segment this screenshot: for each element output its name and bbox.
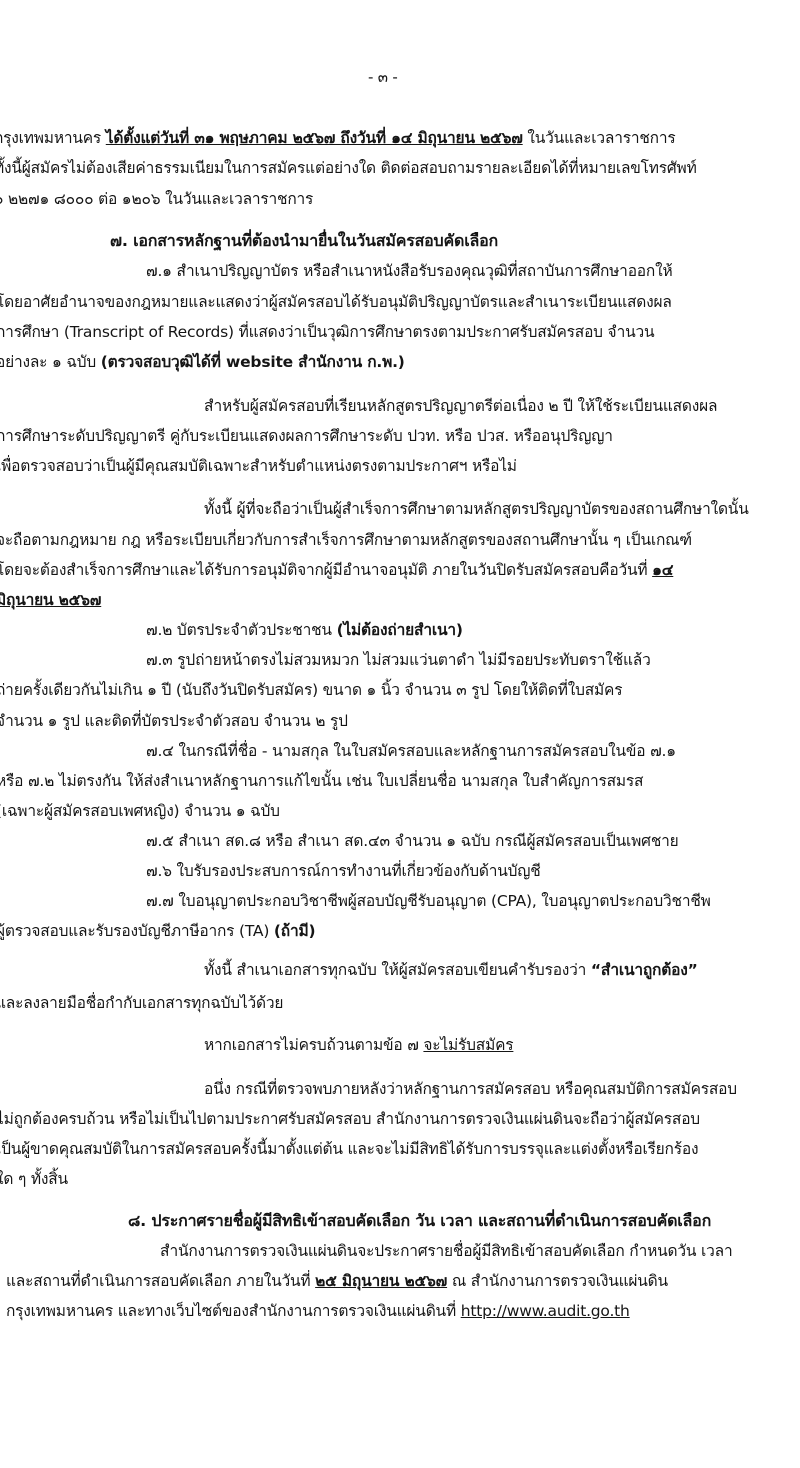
continuing-degree-line-3: เพื่อตรวจสอบว่าเป็นผู้มีคุณสมบัติเฉพาะสำ… bbox=[0, 451, 517, 481]
certify-note-line-1: ทั้งนี้ สำเนาเอกสารทุกฉบับ ให้ผู้สมัครสอ… bbox=[204, 955, 698, 985]
continuing-degree-line-1: สำหรับผู้สมัครสอบที่เรียนหลักสูตรปริญญาต… bbox=[204, 391, 717, 421]
incomplete-note: หากเอกสารไม่ครบถ้วนตามข้อ ๗ จะไม่รับสมัค… bbox=[204, 1030, 513, 1060]
item-7-3-line-2: ถ่ายครั้งเดียวกันไม่เกิน ๑ ปี (นับถึงวัน… bbox=[0, 675, 622, 705]
section-text: กรุงเทพมหานคร และทางเว็บไซต์ของสำนักงานก… bbox=[6, 1302, 461, 1320]
item-7-1-line-2: โดยอาศัยอำนาจของกฎหมายและแสดงว่าผู้สมัคร… bbox=[0, 287, 672, 317]
item-7-4-line-3: (เฉพาะผู้สมัครสอบเพศหญิง) จำนวน ๑ ฉบับ bbox=[0, 796, 280, 826]
section-7-heading: ๗. เอกสารหลักฐานที่ต้องนำมายื่นในวันสมัค… bbox=[110, 226, 498, 256]
section-8-line-2: และสถานที่ดำเนินการสอบคัดเลือก ภายในวันท… bbox=[6, 1266, 668, 1296]
item-7-1-line-4: อย่างละ ๑ ฉบับ (ตรวจสอบวุฒิได้ที่ websit… bbox=[0, 347, 405, 377]
intro-line-1: กรุงเทพมหานคร ได้ตั้งแต่วันที่ ๓๑ พฤษภาค… bbox=[0, 123, 675, 153]
item-7-7-line-1: ๗.๗ ใบอนุญาตประกอบวิชาชีพผู้สอบบัญชีรับอ… bbox=[146, 886, 711, 916]
application-period: ได้ตั้งแต่วันที่ ๓๑ พฤษภาคม ๒๕๖๗ ถึงวันท… bbox=[106, 129, 523, 147]
announcement-date: ๒๕ มิถุนายน ๒๕๖๗ bbox=[315, 1272, 447, 1290]
continuing-degree-line-2: การศึกษาระดับปริญญาตรี คู่กับระเบียนแสดง… bbox=[0, 421, 613, 451]
item-7-1-line-1: ๗.๑ สำเนาปริญญาบัตร หรือสำเนาหนังสือรับร… bbox=[146, 256, 672, 286]
item-7-5: ๗.๕ สำเนา สด.๘ หรือ สำเนา สด.๔๓ จำนวน ๑ … bbox=[146, 826, 679, 856]
document-page: - ๓ - กรุงเทพมหานคร ได้ตั้งแต่วันที่ ๓๑ … bbox=[0, 0, 800, 1468]
note-text: หากเอกสารไม่ครบถ้วนตามข้อ ๗ bbox=[204, 1036, 423, 1054]
if-any-note: (ถ้ามี) bbox=[274, 922, 315, 940]
graduation-note-line-1: ทั้งนี้ ผู้ที่จะถือว่าเป็นผู้สำเร็จการศึ… bbox=[204, 494, 749, 524]
intro-text: ในวันและเวลาราชการ bbox=[523, 129, 676, 147]
section-8-line-3: กรุงเทพมหานคร และทางเว็บไซต์ของสำนักงานก… bbox=[6, 1296, 630, 1326]
item-text: ผู้ตรวจสอบและรับรองบัญชีภาษีอากร (TA) bbox=[0, 922, 274, 940]
graduation-note-line-4: มิถุนายน ๒๕๖๗ bbox=[0, 585, 101, 615]
item-7-1-line-3: การศึกษา (Transcript of Records) ที่แสดง… bbox=[0, 317, 654, 347]
item-text: ๗.๒ บัตรประจำตัวประชาชน bbox=[146, 621, 337, 639]
section-8-heading: ๘. ประกาศรายชื่อผู้มีสิทธิเข้าสอบคัดเลือ… bbox=[128, 1206, 711, 1236]
not-accepted-warning: จะไม่รับสมัคร bbox=[423, 1036, 513, 1054]
closing-date-month: มิถุนายน ๒๕๖๗ bbox=[0, 591, 101, 609]
item-7-3-line-3: จำนวน ๑ รูป และติดที่บัตรประจำตัวสอบ จำน… bbox=[0, 706, 348, 736]
note-text: ทั้งนี้ สำเนาเอกสารทุกฉบับ ให้ผู้สมัครสอ… bbox=[204, 961, 591, 979]
item-text: อย่างละ ๑ ฉบับ bbox=[0, 353, 101, 371]
disqualify-note-line-2: ไม่ถูกต้องครบถ้วน หรือไม่เป็นไปตามประกาศ… bbox=[0, 1104, 700, 1134]
page-number: - ๓ - bbox=[368, 62, 398, 92]
closing-date-day: ๑๔ bbox=[652, 561, 673, 579]
qualification-check-note: (ตรวจสอบวุฒิได้ที่ website สำนักงาน ก.พ.… bbox=[101, 353, 405, 371]
intro-line-3: ๐ ๒๒๗๑ ๘๐๐๐ ต่อ ๑๒๐๖ ในวันและเวลาราชการ bbox=[0, 184, 313, 214]
item-7-4-line-2: หรือ ๗.๒ ไม่ตรงกัน ให้ส่งสำเนาหลักฐานการ… bbox=[0, 766, 643, 796]
item-7-3-line-1: ๗.๓ รูปถ่ายหน้าตรงไม่สวมหมวก ไม่สวมแว่นต… bbox=[146, 645, 651, 675]
item-7-2: ๗.๒ บัตรประจำตัวประชาชน (ไม่ต้องถ่ายสำเน… bbox=[146, 615, 463, 645]
item-7-4-line-1: ๗.๔ ในกรณีที่ชื่อ - นามสกุล ในใบสมัครสอบ… bbox=[146, 736, 676, 766]
item-7-7-line-2: ผู้ตรวจสอบและรับรองบัญชีภาษีอากร (TA) (ถ… bbox=[0, 916, 315, 946]
note-text: โดยจะต้องสำเร็จการศึกษาและได้รับการอนุมั… bbox=[0, 561, 652, 579]
intro-line-2: ทั้งนี้ผู้สมัครไม่ต้องเสียค่าธรรมเนียมใน… bbox=[0, 153, 697, 183]
disqualify-note-line-4: ใด ๆ ทั้งสิ้น bbox=[0, 1164, 68, 1194]
section-text: และสถานที่ดำเนินการสอบคัดเลือก ภายในวันท… bbox=[6, 1272, 315, 1290]
graduation-note-line-3: โดยจะต้องสำเร็จการศึกษาและได้รับการอนุมั… bbox=[0, 555, 673, 585]
intro-text: กรุงเทพมหานคร bbox=[0, 129, 106, 147]
graduation-note-line-2: จะถือตามกฎหมาย กฎ หรือระเบียบเกี่ยวกับกา… bbox=[0, 525, 692, 555]
disqualify-note-line-1: อนึ่ง กรณีที่ตรวจพบภายหลังว่าหลักฐานการส… bbox=[204, 1074, 737, 1104]
disqualify-note-line-3: เป็นผู้ขาดคุณสมบัติในการสมัครสอบครั้งนี้… bbox=[0, 1134, 698, 1164]
section-text: ณ สำนักงานการตรวจเงินแผ่นดิน bbox=[447, 1272, 668, 1290]
audit-website-link[interactable]: http://www.audit.go.th bbox=[461, 1302, 630, 1320]
no-copy-note: (ไม่ต้องถ่ายสำเนา) bbox=[337, 621, 463, 639]
section-8-line-1: สำนักงานการตรวจเงินแผ่นดินจะประกาศรายชื่… bbox=[160, 1236, 732, 1266]
certified-copy-phrase: “สำเนาถูกต้อง” bbox=[591, 961, 698, 979]
item-7-6: ๗.๖ ใบรับรองประสบการณ์การทำงานที่เกี่ยวข… bbox=[146, 856, 541, 886]
certify-note-line-2: และลงลายมือชื่อกำกับเอกสารทุกฉบับไว้ด้วย bbox=[0, 988, 283, 1018]
